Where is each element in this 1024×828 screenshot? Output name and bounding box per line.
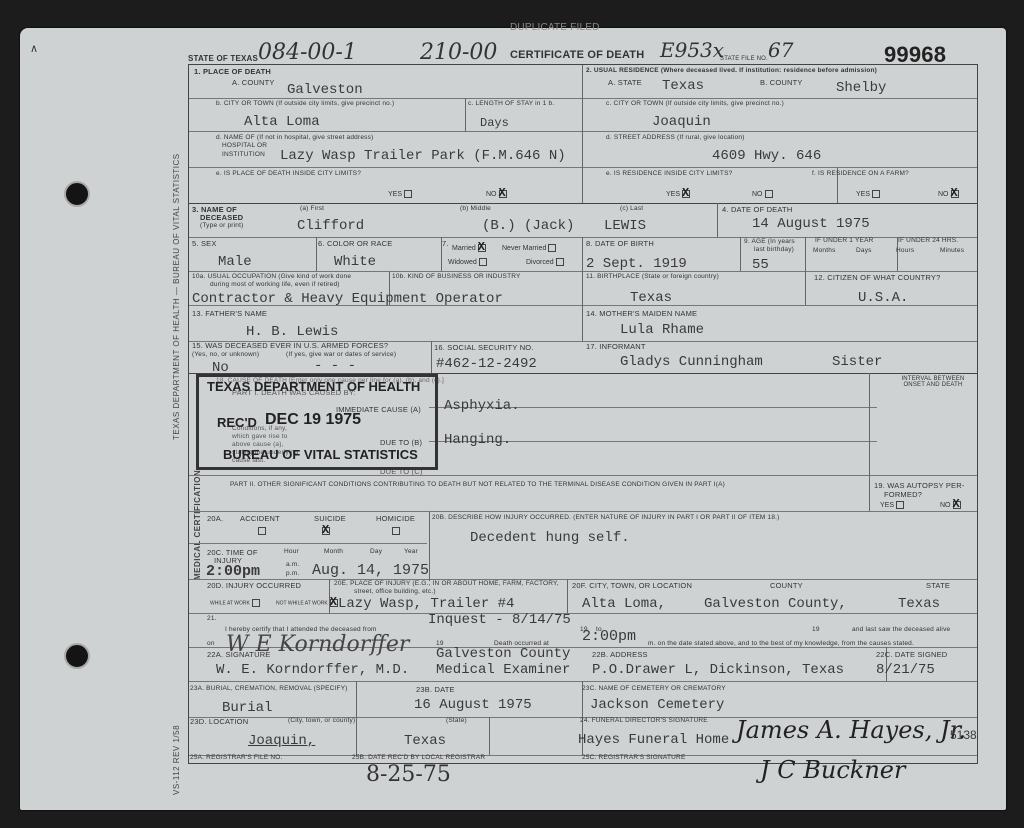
name-label-2: DECEASED [200, 213, 243, 222]
physician-signature: W E Korndorffer [226, 632, 409, 657]
signer-name: W. E. Korndorffer, M.D. [216, 662, 409, 678]
corner-pen-mark: ∧ [30, 42, 38, 55]
funeral-director-signature: James A. Hayes, Jr. [736, 716, 966, 744]
time-of-injury: 2:00pm [206, 563, 260, 580]
days-label: Days [856, 247, 872, 254]
registrar-date-label: 25b. DATE REC'D BY LOCAL REGISTRAR [352, 754, 485, 761]
injury-county: Galveston County, [704, 596, 847, 612]
age-label-2: last birthday) [754, 246, 794, 253]
residence-farm-yes[interactable]: YES [856, 190, 880, 198]
residence-state: Texas [662, 78, 704, 94]
mother-label: 14. MOTHER'S MAIDEN NAME [586, 309, 697, 318]
ssn-label: 16. SOCIAL SECURITY NO. [434, 343, 534, 352]
registrar-file-label: 25a. REGISTRAR'S FILE NO. [190, 754, 283, 761]
residence-inside-city-no[interactable]: NO [752, 190, 773, 198]
describe-injury: Decedent hung self. [470, 530, 630, 546]
marital-never-married[interactable]: Never Married [502, 244, 556, 252]
handwritten-code-4: 67 [768, 38, 793, 62]
injury-occurred-label: 20d. INJURY OCCURRED [207, 581, 301, 590]
residence-street: 4609 Hwy. 646 [712, 148, 821, 164]
age-label-1: 9. AGE (In years [744, 238, 795, 245]
location-state-label: (State) [446, 717, 467, 724]
manner-suicide-checkbox[interactable] [320, 527, 330, 535]
armed-yn-label: (Yes, no, or unknown) [192, 351, 259, 358]
death-inside-city-label: e. IS PLACE OF DEATH INSIDE CITY LIMITS? [216, 170, 361, 177]
middle-name-label: (b) Middle [460, 205, 491, 212]
occupation: Contractor & Heavy Equipment Operator [192, 291, 503, 307]
date-of-death: 14 August 1975 [752, 216, 870, 232]
describe-injury-label: 20b. DESCRIBE HOW INJURY OCCURRED. (Ente… [432, 514, 780, 521]
death-city-label: b. CITY OR TOWN (If outside city limits,… [216, 100, 394, 107]
birthplace: Texas [630, 290, 672, 306]
stamp-line-3: BUREAU OF VITAL STATISTICS [223, 447, 418, 462]
residence-county: Shelby [836, 80, 886, 96]
signer-title-2: Medical Examiner [436, 662, 570, 678]
manner-accident-label: ACCIDENT [240, 514, 280, 523]
cemetery-label: 23c. NAME OF CEMETERY OR CREMATORY [582, 685, 726, 692]
immediate-cause: Asphyxia. [444, 398, 520, 414]
registrar-date: 8-25-75 [366, 762, 451, 787]
month-label: Month [324, 548, 343, 555]
manner-suicide-label: SUICIDE [314, 514, 346, 523]
pm-label: p.m. [286, 570, 299, 577]
funeral-director-label: 24. FUNERAL DIRECTOR'S SIGNATURE [580, 717, 708, 724]
am-label: a.m. [286, 561, 299, 568]
burial-date: 16 August 1975 [414, 697, 532, 713]
citizen-label: 12. CITIZEN OF WHAT COUNTRY? [814, 273, 940, 282]
not-while-at-work-checkbox[interactable]: NOT WHILE AT WORK [276, 599, 338, 607]
autopsy-yes[interactable]: YES [880, 501, 904, 509]
day-label: Day [370, 548, 382, 555]
stamp-line-1: TEXAS DEPARTMENT OF HEALTH [207, 379, 420, 394]
stamp-received-label: REC'D [217, 415, 257, 430]
received-stamp: TEXAS DEPARTMENT OF HEALTH REC'D DEC 19 … [196, 374, 438, 470]
armed-dates: - - - [314, 358, 356, 374]
date-signed: 8/21/75 [876, 662, 935, 678]
birthplace-label: 11. BIRTHPLACE (State or foreign country… [586, 273, 719, 280]
location-city: Joaquin, [248, 733, 315, 749]
funeral-home: Hayes Funeral Home [578, 732, 729, 748]
institution-label-3: INSTITUTION [222, 151, 265, 158]
death-occurred-time: 2:00pm [582, 628, 636, 645]
injury-city: Alta Loma, [582, 596, 666, 612]
date-of-death-label: 4. DATE OF DEATH [722, 205, 792, 214]
hour-label: Hour [284, 548, 299, 555]
residence-state-label: a. STATE [608, 78, 642, 87]
residence-inside-city-yes[interactable]: YES [666, 190, 690, 198]
last-saw-text: and last saw the deceased alive [852, 626, 950, 633]
marital-widowed[interactable]: Widowed [448, 258, 487, 266]
institution-label-1: d. NAME OF (If not in hospital, give str… [216, 134, 373, 141]
state-of-texas-label: STATE OF TEXAS [188, 54, 258, 63]
manner-label: 20a. [207, 514, 223, 523]
nineteen-2: 19 [812, 626, 820, 633]
race-label: 6. COLOR OR RACE [318, 239, 392, 248]
death-city: Alta Loma [244, 114, 320, 130]
hours-label: Hours [896, 247, 914, 254]
business-label: 10b. KIND OF BUSINESS OR INDUSTRY [392, 273, 521, 280]
autopsy-no[interactable]: NO [940, 501, 961, 509]
autopsy-label-1: 19. WAS AUTOPSY PER- [874, 481, 965, 490]
m-text: m. on the date stated above, and to the … [648, 640, 914, 647]
place-of-injury-label-1: 20e. PLACE OF INJURY (e.g., in or about … [334, 580, 559, 587]
signer-title-1: Galveston County [436, 646, 570, 662]
marital-divorced[interactable]: Divorced [526, 258, 564, 266]
while-at-work-checkbox[interactable]: WHILE AT WORK [210, 599, 260, 607]
death-county: Galveston [287, 82, 363, 98]
informant-label: 17. INFORMANT [586, 342, 646, 351]
address-label: 22b. ADDRESS [592, 650, 648, 659]
place-of-injury: Lazy Wasp, Trailer #4 [338, 596, 514, 612]
interval-label: INTERVAL BETWEEN ONSET AND DEATH [898, 376, 968, 388]
signer-address: P.O.Drawer L, Dickinson, Texas [592, 662, 844, 678]
certificate-title: CERTIFICATE OF DEATH [510, 49, 644, 61]
minutes-label: Minutes [940, 247, 964, 254]
place-of-injury-label-2: street, office building, etc.) [354, 588, 436, 595]
burial-type-label: 23a. BURIAL, CREMATION, REMOVAL (Specify… [190, 685, 348, 692]
usual-residence-label: 2. USUAL RESIDENCE (Where deceased lived… [586, 67, 877, 74]
state-file-label: STATE FILE NO. [720, 56, 768, 62]
middle-name: (B.) (Jack) [482, 218, 574, 234]
death-institution: Lazy Wasp Trailer Park (F.M.646 N) [280, 148, 566, 164]
stamp-date: DEC 19 1975 [265, 411, 361, 429]
father-name: H. B. Lewis [246, 324, 338, 340]
injury-city-label: 20f. CITY, TOWN, OR LOCATION [572, 581, 692, 590]
residence-farm-label: f. IS RESIDENCE ON A FARM? [812, 170, 909, 177]
injury-state-label: STATE [926, 581, 950, 590]
marital-label: 7. [442, 239, 449, 248]
under-year-label: IF UNDER 1 YEAR [815, 237, 874, 244]
faint-duplicate-text: DUPLICATE FILED [510, 22, 600, 33]
death-inside-city-yes[interactable]: YES [388, 190, 412, 198]
race: White [334, 254, 376, 270]
name-label-3: (Type or print) [200, 222, 243, 229]
under-24-label: IF UNDER 24 HRS. [898, 237, 958, 244]
armed-forces-label: 15. WAS DECEASED EVER IN U.S. ARMED FORC… [192, 341, 388, 350]
armed-dates-label: (If yes, give war or dates of service) [286, 351, 396, 358]
residence-city-label: c. CITY OR TOWN (If outside city limits,… [606, 100, 784, 107]
residence-farm-no[interactable]: NO [938, 190, 959, 198]
side-label-bureau: TEXAS DEPARTMENT OF HEALTH — BUREAU OF V… [172, 153, 181, 440]
informant-name: Gladys Cunningham [620, 354, 763, 370]
father-label: 13. FATHER'S NAME [192, 309, 267, 318]
handwritten-code-2: 210-00 [420, 40, 497, 65]
manner-homicide-checkbox[interactable] [390, 527, 400, 535]
informant-relation: Sister [832, 354, 882, 370]
first-name-label: (a) First [300, 205, 324, 212]
length-of-stay: Days [480, 116, 509, 130]
cemetery: Jackson Cemetery [590, 697, 724, 713]
registrar-signature: J C Buckner [760, 756, 905, 784]
injury-county-label: COUNTY [770, 581, 803, 590]
mother-name: Lula Rhame [620, 322, 704, 338]
place-of-death-label: 1. PLACE OF DEATH [194, 67, 271, 76]
date-signed-label: 22c. DATE SIGNED [876, 650, 947, 659]
length-of-stay-label: c. LENGTH OF STAY in 1 b. [468, 100, 554, 107]
on-text: on [207, 640, 215, 647]
year-label: Year [404, 548, 418, 555]
marital-married[interactable]: Married [452, 244, 486, 252]
residence-street-label: d. STREET ADDRESS (If rural, give locati… [606, 134, 745, 141]
autopsy-label-2: FORMED? [884, 490, 922, 499]
date-of-injury: Aug. 14, 1975 [312, 562, 429, 579]
burial-date-label: 23b. DATE [416, 685, 455, 694]
residence-county-label: b. COUNTY [760, 78, 803, 87]
manner-accident-checkbox[interactable] [256, 527, 266, 535]
last-name: LEWIS [604, 218, 646, 234]
citizen: U.S.A. [858, 290, 908, 306]
injury-state: Texas [898, 596, 940, 612]
punch-hole [64, 643, 90, 669]
registrar-signature-label: 25c. REGISTRAR'S SIGNATURE [582, 754, 685, 761]
residence-city: Joaquin [652, 114, 711, 130]
last-name-label: (c) Last [620, 205, 643, 212]
sex-label: 5. SEX [192, 239, 217, 248]
death-county-label: a. COUNTY [232, 78, 275, 87]
handwritten-code-3: E953x [660, 38, 724, 62]
age: 55 [752, 257, 769, 273]
manner-homicide-label: HOMICIDE [376, 514, 415, 523]
attended-value: Inquest - 8/14/75 [428, 612, 571, 628]
institution-label-2: HOSPITAL OR [222, 142, 267, 149]
punch-hole [64, 181, 90, 207]
dob-label: 8. DATE OF BIRTH [586, 239, 654, 248]
date-of-birth: 2 Sept. 1919 [586, 256, 687, 272]
burial-type: Burial [222, 700, 272, 716]
cert-num: 21. [207, 615, 217, 622]
funeral-number: 5138 [950, 728, 977, 742]
death-inside-city-no[interactable]: NO [486, 190, 507, 198]
first-name: Clifford [297, 218, 364, 234]
handwritten-code-1: 084-00-1 [258, 40, 357, 65]
location-label: 23d. LOCATION [190, 717, 248, 726]
months-label: Months [813, 247, 836, 254]
ssn: #462-12-2492 [436, 356, 537, 372]
sex: Male [218, 254, 252, 270]
form-number: VS-112 REV 1/58 [172, 725, 181, 795]
residence-inside-city-label: e. IS RESIDENCE INSIDE CITY LIMITS? [606, 170, 732, 177]
location-city-label: (City, town, or county) [288, 717, 355, 724]
occupation-label-2: during most of working life, even if ret… [210, 281, 340, 288]
location-state: Texas [404, 733, 446, 749]
part2-label: PART II. OTHER SIGNIFICANT CONDITIONS CO… [230, 481, 725, 488]
due-to-b: Hanging. [444, 432, 511, 448]
occupation-label-1: 10a. USUAL OCCUPATION (Give kind of work… [192, 273, 351, 280]
